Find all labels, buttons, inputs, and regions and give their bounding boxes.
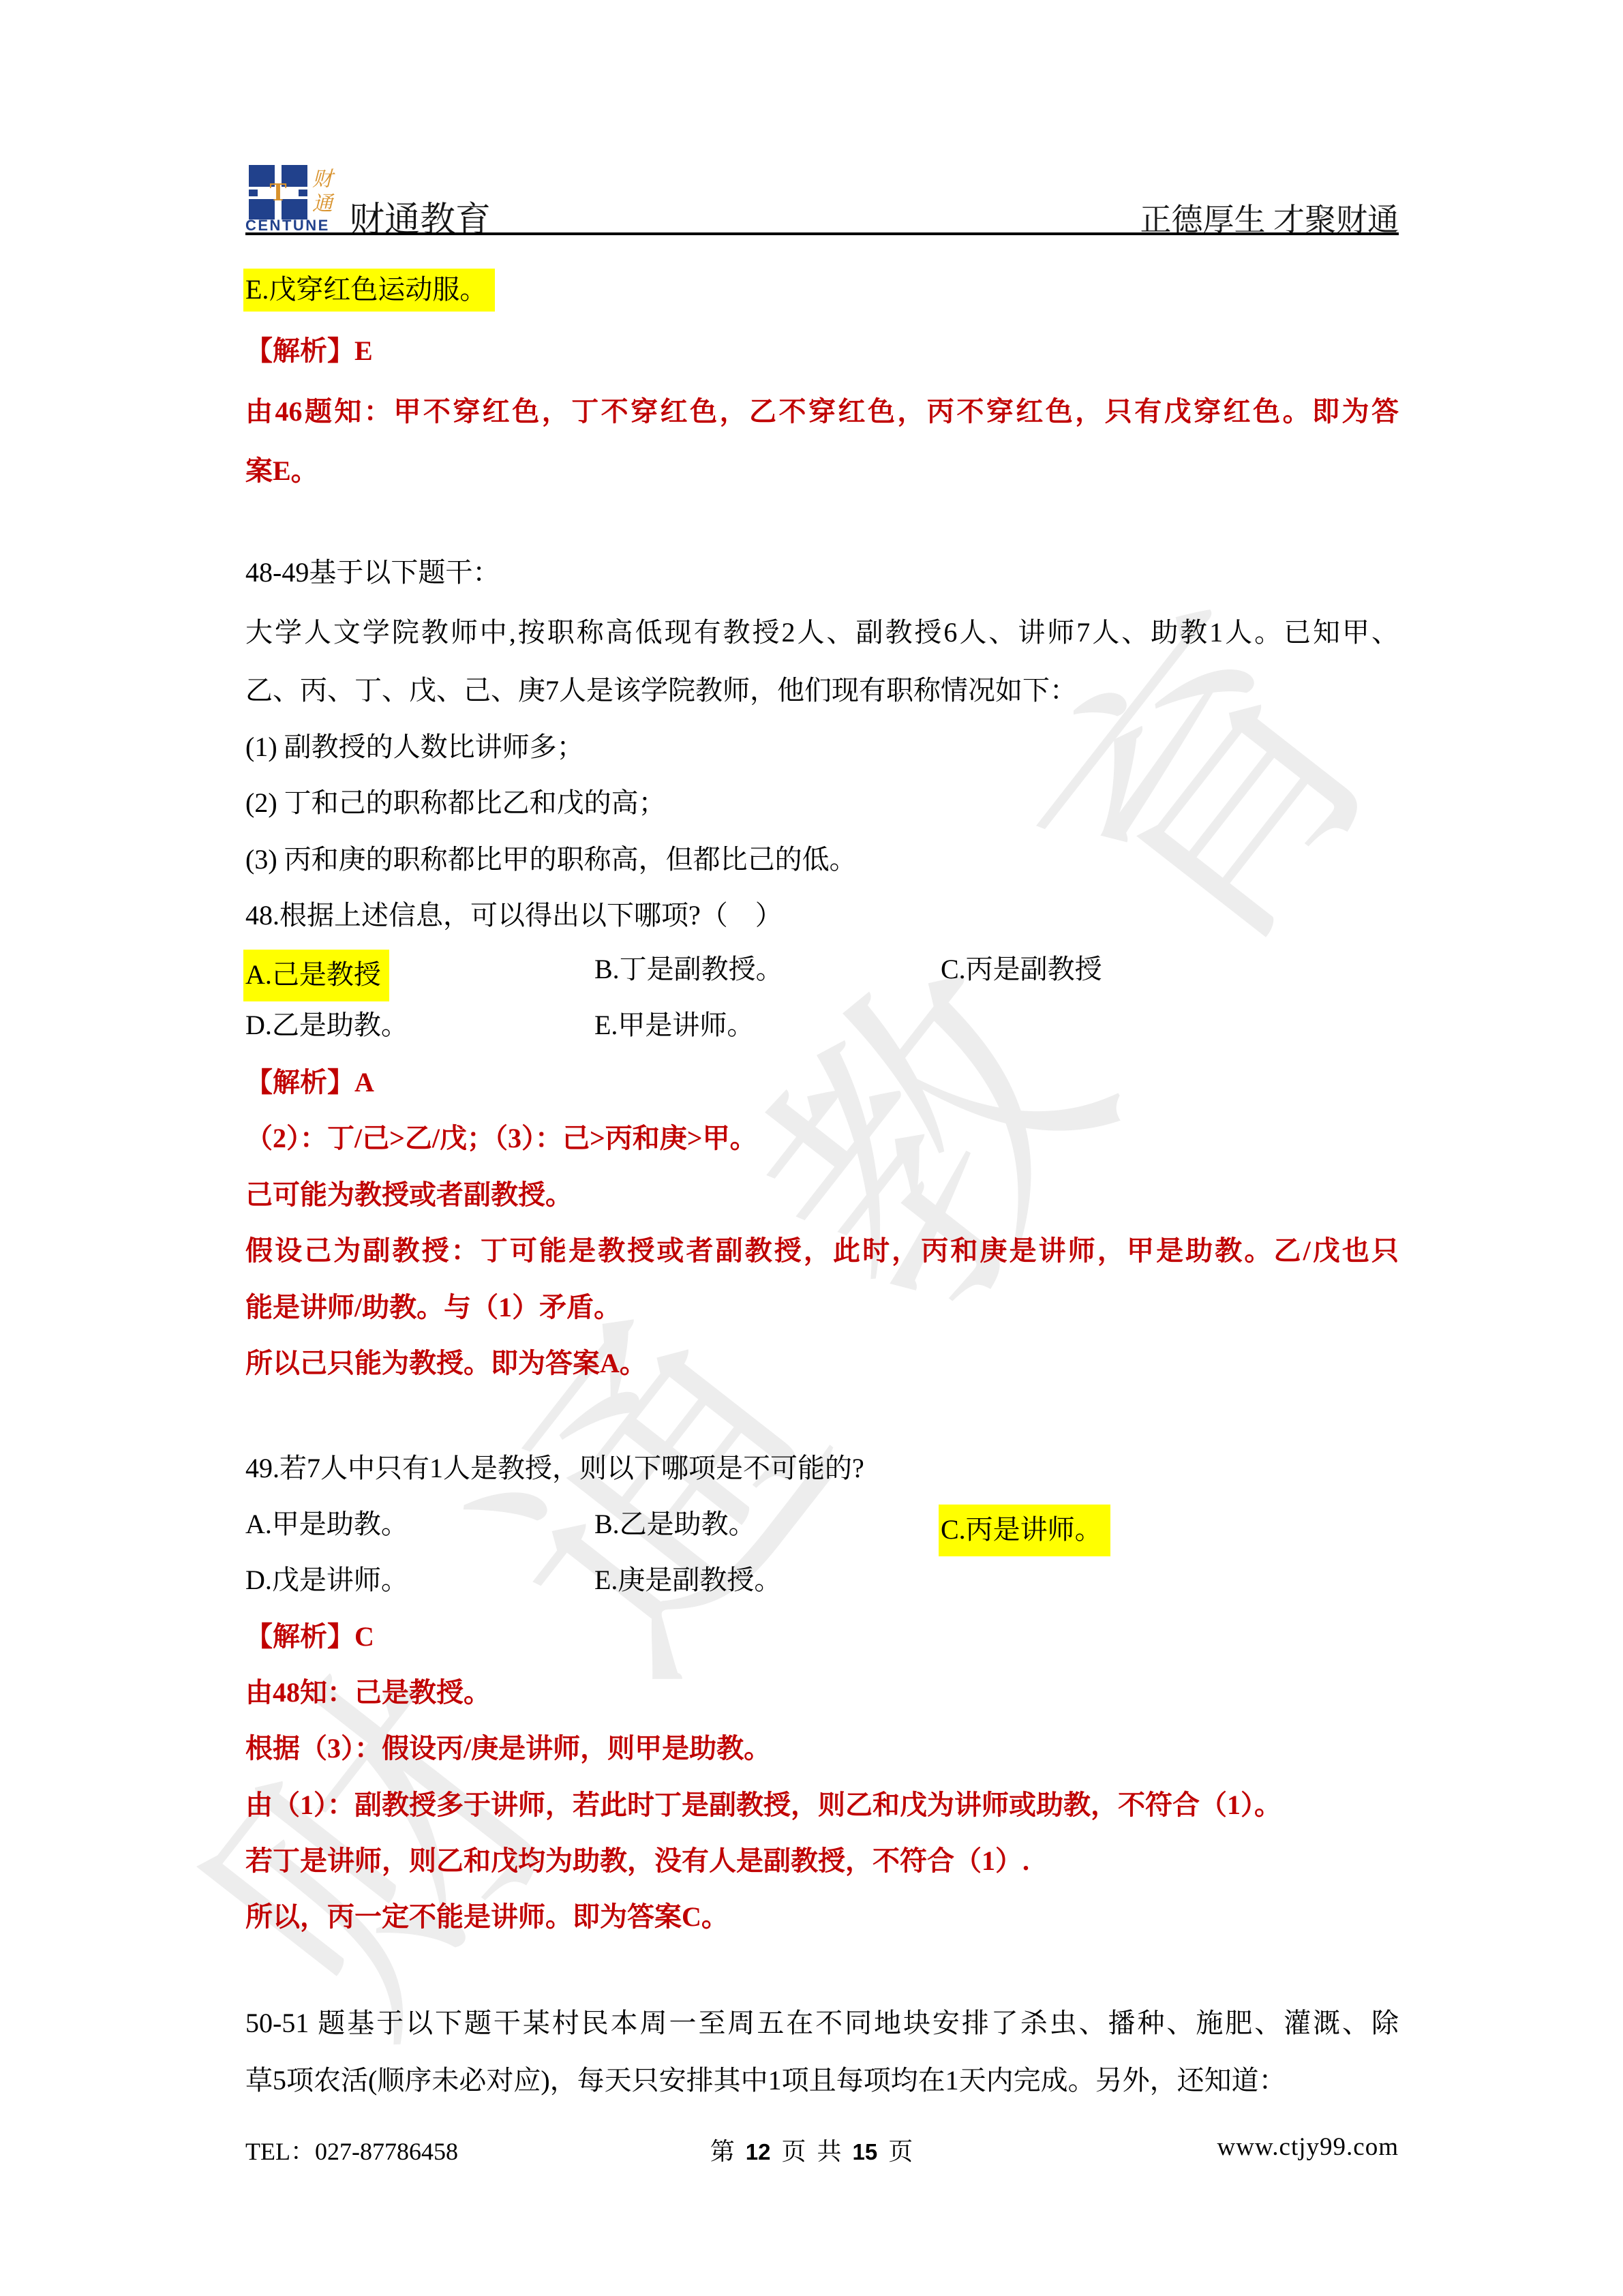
footer-website: www.ctjy99.com	[1217, 2132, 1399, 2162]
line-text: 【解析】C	[245, 1621, 374, 1652]
text-line: (2) 丁和己的职称都比乙和戊的高；	[245, 783, 1399, 823]
logo-block-mid-right	[299, 190, 307, 196]
line-text: 若丁是讲师，则乙和戊均为助教，没有人是副教授，不符合（1）.	[245, 1845, 1029, 1876]
page-indicator-suffix: 页	[888, 2138, 913, 2165]
line-text: (3) 丙和庚的职称都比甲的职称高，但都比己的低。	[245, 844, 857, 875]
text-line: 根据（3）：假设丙/庚是讲师，则甲是助教。	[245, 1729, 1399, 1768]
option-text: E.甲是讲师。	[594, 1006, 754, 1045]
text-line: 50-51 题基于以下题干某村民本周一至周五在不同地块安排了杀虫、播种、施肥、灌…	[245, 2004, 1399, 2043]
text-line: 48.根据上述信息，可以得出以下哪项?（ ）	[245, 896, 1399, 935]
text-line: 案E。	[245, 451, 1399, 491]
page-indicator-prefix: 第	[710, 2138, 735, 2165]
text-line: 所以己只能为教授。即为答案A。	[245, 1344, 1399, 1383]
text-line: 所以，丙一定不能是讲师。即为答案C。	[245, 1897, 1399, 1937]
line-text: 48.根据上述信息，可以得出以下哪项?（ ）	[245, 900, 783, 931]
text-line: （2）：丁/己>乙/戊；（3）：己>丙和庚>甲。	[245, 1119, 1399, 1158]
line-text: 48-49基于以下题干：	[245, 557, 500, 588]
text-line: 【解析】A	[245, 1063, 1399, 1102]
highlighted-text: E.戊穿红色运动服。	[243, 269, 495, 312]
line-text: 根据（3）：假设丙/庚是讲师，则甲是助教。	[245, 1733, 771, 1764]
page-indicator-mid2: 共	[817, 2138, 842, 2165]
page-total-number: 15	[853, 2139, 878, 2164]
line-text: 能是讲师/助教。与（1）矛盾。	[245, 1292, 621, 1323]
text-line: 48-49基于以下题干：	[245, 553, 1399, 592]
text-line: 【解析】E	[245, 331, 1399, 371]
line-text: 由46题知：甲不穿红色，丁不穿红色，乙不穿红色，丙不穿红色，只有戊穿红色。即为答	[245, 396, 1399, 427]
option-text: B.丁是副教授。	[594, 950, 783, 989]
text-line: 由（1）：副教授多于讲师，若此时丁是副教授，则乙和戊为讲师或助教，不符合（1）。	[245, 1785, 1399, 1825]
line-text: 由48知：己是教授。	[245, 1677, 491, 1708]
line-text: 大学人文学院教师中,按职称高低现有教授2人、副教授6人、讲师7人、助教1人。已知…	[245, 617, 1399, 648]
line-text: 由（1）：副教授多于讲师，若此时丁是副教授，则乙和戊为讲师或助教，不符合（1）。	[245, 1789, 1281, 1820]
document-page: 财通教育 T 财通 CENTUNE 财通教育 正德厚生 才聚财通 E.戊穿红色运…	[0, 0, 1623, 2296]
text-line: (3) 丙和庚的职称都比甲的职称高，但都比己的低。	[245, 840, 1399, 879]
text-line: 由46题知：甲不穿红色，丁不穿红色，乙不穿红色，丙不穿红色，只有戊穿红色。即为答	[245, 392, 1399, 432]
option-text: A.甲是助教。	[245, 1505, 408, 1544]
text-line: 假设己为副教授：丁可能是教授或者副教授，此时，丙和庚是讲师，甲是助教。乙/戊也只	[245, 1231, 1399, 1271]
logo-t-icon: T	[264, 179, 292, 206]
text-line: E.戊穿红色运动服。	[245, 270, 1399, 309]
option-text: B.乙是助教。	[594, 1505, 756, 1544]
highlighted-text: A.己是教授	[243, 950, 389, 1001]
highlighted-text: C.丙是讲师。	[939, 1505, 1110, 1556]
logo-vertical-characters: 财通	[308, 168, 331, 217]
footer-page-indicator: 第12页共15页	[705, 2132, 919, 2167]
text-line: 由48知：己是教授。	[245, 1673, 1399, 1712]
text-line: 乙、丙、丁、戊、己、庚7人是该学院教师，他们现有职称情况如下：	[245, 671, 1399, 710]
page-current-number: 12	[746, 2139, 771, 2164]
line-text: 假设己为副教授：丁可能是教授或者副教授，此时，丙和庚是讲师，甲是助教。乙/戊也只	[245, 1235, 1399, 1266]
line-text: 【解析】E	[245, 335, 373, 366]
text-line: 大学人文学院教师中,按职称高低现有教授2人、副教授6人、讲师7人、助教1人。已知…	[245, 613, 1399, 652]
text-line: 己可能为教授或者副教授。	[245, 1175, 1399, 1215]
line-text: 乙、丙、丁、戊、己、庚7人是该学院教师，他们现有职称情况如下：	[245, 675, 1077, 706]
line-text: 【解析】A	[245, 1067, 374, 1098]
text-line: 草5项农活(顺序未必对应)，每天只安排其中1项且每项均在1天内完成。另外，还知道…	[245, 2061, 1399, 2100]
page-indicator-mid1: 页	[781, 2138, 806, 2165]
line-text: 所以，丙一定不能是讲师。即为答案C。	[245, 1901, 729, 1932]
line-text: 案E。	[245, 455, 318, 486]
option-text: D.戊是讲师。	[245, 1560, 408, 1600]
text-line: 能是讲师/助教。与（1）矛盾。	[245, 1288, 1399, 1327]
header-divider	[245, 232, 1399, 235]
logo-block-mid-left	[249, 190, 258, 196]
option-text: D.乙是助教。	[245, 1006, 408, 1045]
text-line: 【解析】C	[245, 1617, 1399, 1657]
line-text: (2) 丁和己的职称都比乙和戊的高；	[245, 787, 666, 818]
line-text: (1) 副教授的人数比讲师多；	[245, 731, 584, 762]
centune-logo: T	[249, 165, 307, 220]
option-text: E.庚是副教授。	[594, 1560, 781, 1600]
line-text: 50-51 题基于以下题干某村民本周一至周五在不同地块安排了杀虫、播种、施肥、灌…	[245, 2008, 1399, 2038]
text-line: 若丁是讲师，则乙和戊均为助教，没有人是副教授，不符合（1）.	[245, 1841, 1399, 1881]
document-body: E.戊穿红色运动服。【解析】E由46题知：甲不穿红色，丁不穿红色，乙不穿红色，丙…	[0, 0, 1623, 2296]
line-text: 49.若7人中只有1人是教授，则以下哪项是不可能的?	[245, 1453, 864, 1483]
line-text: 草5项农活(顺序未必对应)，每天只安排其中1项且每项均在1天内完成。另外，还知道…	[245, 2065, 1286, 2096]
line-text: 所以己只能为教授。即为答案A。	[245, 1348, 647, 1378]
line-text: （2）：丁/己>乙/戊；（3）：己>丙和庚>甲。	[245, 1123, 757, 1153]
line-text: 己可能为教授或者副教授。	[245, 1179, 573, 1210]
footer-telephone: TEL：027-87786458	[245, 2132, 458, 2167]
text-line: (1) 副教授的人数比讲师多；	[245, 727, 1399, 767]
text-line: 49.若7人中只有1人是教授，则以下哪项是不可能的?	[245, 1449, 1399, 1488]
option-text: C.丙是副教授	[941, 950, 1102, 989]
